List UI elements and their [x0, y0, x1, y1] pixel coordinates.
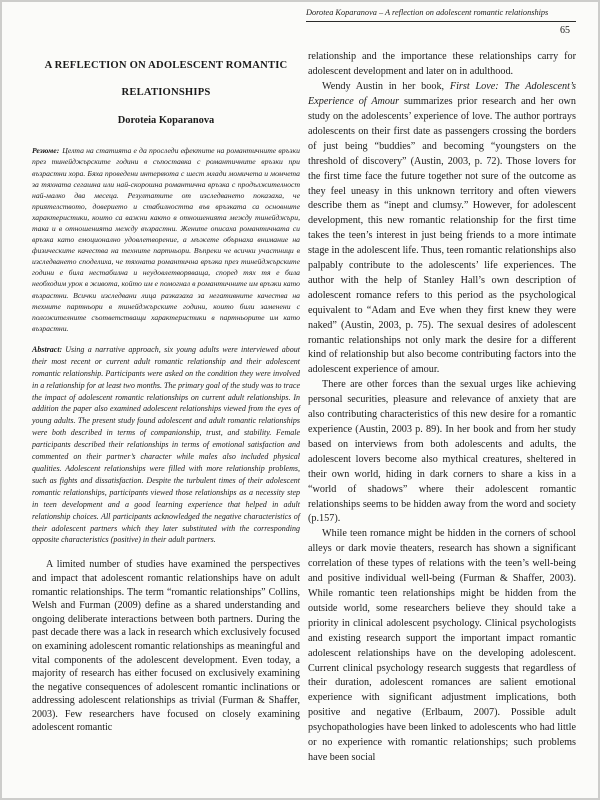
running-head: Dorotea Koparanova – A reflection on ado… [306, 8, 576, 22]
resume-label: Резюме: [32, 146, 59, 155]
two-column-layout: A REFLECTION ON ADOLESCENT ROMANTIC RELA… [32, 50, 576, 766]
abstract-paragraph: Abstract:Using a narrative approach, six… [32, 344, 300, 546]
resume-paragraph: Резюме:Целта на статията е да проследи е… [32, 145, 300, 334]
article-title-line-2: RELATIONSHIPS [32, 79, 300, 106]
abstract-label: Abstract: [32, 345, 62, 354]
body-paragraph-continuation: relationship and the importance these re… [308, 50, 576, 80]
paragraph-text-pre: Wendy Austin in her book, [322, 81, 450, 92]
author-name: Doroteia Koparanova [32, 107, 300, 134]
left-column: A REFLECTION ON ADOLESCENT ROMANTIC RELA… [32, 50, 300, 766]
body-paragraph-research: While teen romance might be hidden in th… [308, 527, 576, 766]
right-column: relationship and the importance these re… [308, 50, 576, 766]
body-paragraph-austin: Wendy Austin in her book, First Love: Th… [308, 80, 576, 378]
body-paragraph-forces: There are other forces than the sexual u… [308, 378, 576, 527]
title-block: A REFLECTION ON ADOLESCENT ROMANTIC RELA… [32, 52, 300, 134]
paragraph-text-post: summarizes prior research and her own st… [308, 96, 576, 375]
paper-page: Dorotea Koparanova – A reflection on ado… [0, 0, 600, 800]
abstract-text: Using a narrative approach, six young ad… [32, 345, 300, 545]
article-title-line-1: A REFLECTION ON ADOLESCENT ROMANTIC [32, 52, 300, 79]
resume-text: Целта на статията е да проследи ефектите… [32, 146, 300, 333]
page-header: Dorotea Koparanova – A reflection on ado… [32, 8, 576, 36]
body-paragraph-left: A limited number of studies have examine… [32, 558, 300, 735]
page-number: 65 [306, 25, 576, 36]
